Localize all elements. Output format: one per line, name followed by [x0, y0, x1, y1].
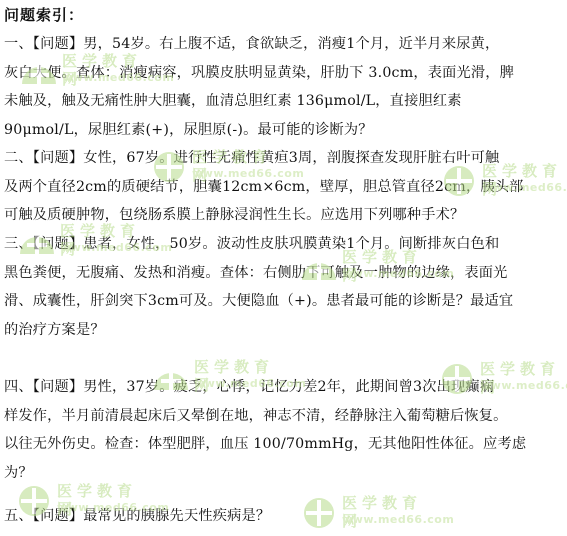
index-heading: 问题索引： — [4, 4, 84, 26]
question-3-line-1: 三、【问题】患者，女性，50岁。波动性皮肤巩膜黄染1个月。间断排灰白色和 — [4, 230, 564, 259]
question-5: 五、【问题】最常见的胰腺先天性疾病是？ — [4, 502, 564, 531]
question-4: 四、【问题】男性，37岁。疲乏，心悸，记忆力差2年，此期间曾3次出现癫痫 样发作… — [4, 373, 564, 487]
question-2: 二、【问题】女性，67岁。进行性无痛性黄疸3周，剖腹探查发现肝脏右叶可触 及两个… — [4, 144, 564, 230]
question-3-line-4: 的治疗方案是？ — [4, 316, 564, 345]
question-1: 一、【问题】男，54岁。右上腹不适，食欲缺乏，消瘦1个月，近半月来尿黄， 灰白大… — [4, 30, 564, 144]
question-2-line-1: 二、【问题】女性，67岁。进行性无痛性黄疸3周，剖腹探查发现肝脏右叶可触 — [4, 144, 564, 173]
question-4-line-1: 四、【问题】男性，37岁。疲乏，心悸，记忆力差2年，此期间曾3次出现癫痫 — [4, 373, 564, 402]
question-3-line-2: 黑色粪便，无腹痛、发热和消瘦。查体：右侧肋下可触及一肿物的边缘，表面光 — [4, 259, 564, 288]
question-4-line-2: 样发作，半月前清晨起床后又晕倒在地，神志不清，经静脉注入葡萄糖后恢复。 — [4, 402, 564, 431]
question-4-line-4: 为？ — [4, 459, 564, 488]
question-1-line-3: 未触及，触及无痛性肿大胆囊，血清总胆红素 136μmol/L，直接胆红素 — [4, 87, 564, 116]
question-1-line-4: 90μmol/L，尿胆红素(+)，尿胆原(-)。最可能的诊断为？ — [4, 116, 564, 145]
question-1-line-2: 灰白大便。查体：消瘦病容，巩膜皮肤明显黄染，肝肋下 3.0cm，表面光滑，脾 — [4, 59, 564, 88]
question-5-line-1: 五、【问题】最常见的胰腺先天性疾病是？ — [4, 502, 564, 531]
question-3-line-3: 滑、成囊性，肝剑突下3cm可及。大便隐血（+)。患者最可能的诊断是？最适宜 — [4, 287, 564, 316]
question-2-line-2: 及两个直径2cm的质硬结节，胆囊12cm×6cm，壁厚，胆总管直径2cm，胰头部 — [4, 173, 564, 202]
question-1-line-1: 一、【问题】男，54岁。右上腹不适，食欲缺乏，消瘦1个月，近半月来尿黄， — [4, 30, 564, 59]
question-3: 三、【问题】患者，女性，50岁。波动性皮肤巩膜黄染1个月。间断排灰白色和 黑色粪… — [4, 230, 564, 344]
question-4-line-3: 以往无外伤史。检查：体型肥胖，血压 100/70mmHg，无其他阳性体征。应考虑 — [4, 430, 564, 459]
question-2-line-3: 可触及质硬肿物，包绕肠系膜上静脉浸润性生长。应选用下列哪种手术？ — [4, 201, 564, 230]
